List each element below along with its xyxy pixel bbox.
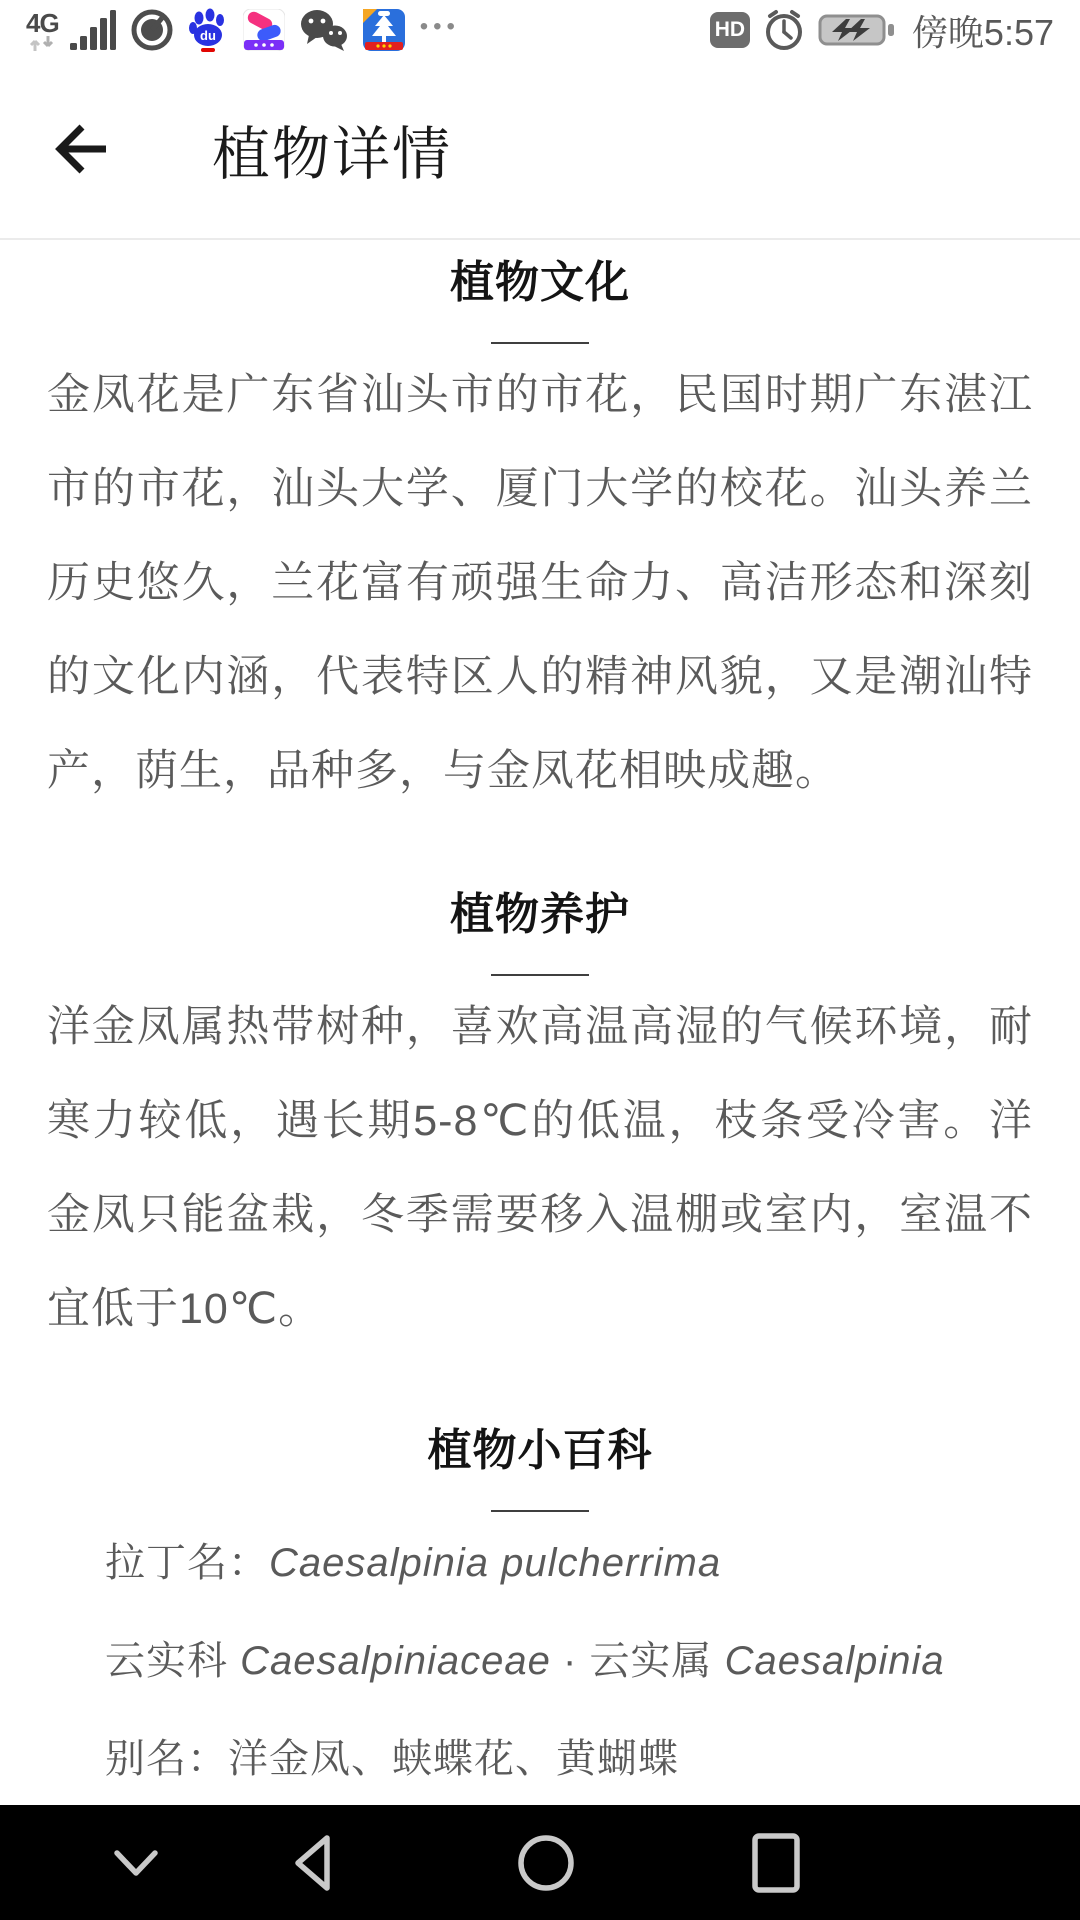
page-title: 植物详情	[212, 107, 452, 191]
network-type-label: 4G	[26, 10, 59, 36]
section-divider	[491, 342, 589, 344]
plant-detail-content[interactable]: 植物文化 金凤花是广东省汕头市的市花，民国时期广东湛江市的市花，汕头大学、厦门大…	[0, 242, 1080, 1808]
back-arrow-icon	[52, 121, 112, 177]
care-paragraph: 洋金凤属热带树种，喜欢高温高湿的气候环境，耐寒力较低，遇长期5-8℃的低温，枝条…	[47, 980, 1033, 1356]
svg-text:du: du	[200, 28, 216, 43]
wiki-line-family-genus: 云实科 Caesalpiniaceae · 云实属 Caesalpinia	[105, 1612, 1033, 1710]
status-time: 傍晚5:57	[912, 5, 1054, 56]
network-type: 4G	[26, 10, 59, 51]
genus-label: · 云实属	[551, 1639, 725, 1683]
section-heading-care: 植物养护	[0, 892, 1080, 938]
alarm-clock-icon	[762, 8, 806, 52]
family-latin: Caesalpiniaceae	[240, 1639, 551, 1683]
status-bar: 4G	[0, 0, 1080, 60]
nav-home-button[interactable]	[516, 1833, 576, 1893]
signal-bars-icon	[70, 10, 116, 50]
phone-screen: 4G	[0, 0, 1080, 1920]
hide-navbar-button[interactable]	[111, 1848, 161, 1878]
video-app-notification-icon	[243, 9, 285, 51]
wiki-line-latin-name: 拉丁名：Caesalpinia pulcherrima	[105, 1514, 1033, 1612]
wiki-line-aliases: 别名：洋金凤、蛱蝶花、黄蝴蝶	[105, 1710, 1033, 1808]
network-activity-icon	[29, 36, 55, 51]
baidu-notification-icon: du	[188, 8, 228, 52]
wechat-notification-icon	[300, 9, 348, 51]
wiki-label: 拉丁名：	[105, 1541, 269, 1585]
more-notifications-icon: •••	[420, 15, 460, 45]
alias-text: 别名：洋金凤、蛱蝶花、黄蝴蝶	[105, 1737, 679, 1781]
app-header: 植物详情	[0, 60, 1080, 240]
hd-badge: HD	[710, 12, 750, 48]
battery-charging-icon	[818, 11, 896, 49]
section-heading-wiki: 植物小百科	[0, 1428, 1080, 1474]
genus-latin: Caesalpinia	[725, 1639, 945, 1683]
home-circle-icon	[516, 1833, 576, 1893]
recents-square-icon	[750, 1832, 802, 1894]
family-label: 云实科	[105, 1639, 240, 1683]
chevron-down-icon	[111, 1848, 161, 1878]
hd-badge-label: HD	[715, 18, 745, 42]
wiki-list: 拉丁名：Caesalpinia pulcherrima 云实科 Caesalpi…	[105, 1514, 1033, 1808]
back-button[interactable]	[50, 117, 114, 181]
culture-paragraph: 金凤花是广东省汕头市的市花，民国时期广东湛江市的市花，汕头大学、厦门大学的校花。…	[47, 348, 1033, 818]
section-divider	[491, 1510, 589, 1512]
nav-back-button[interactable]	[289, 1832, 337, 1894]
festival-app-notification-icon	[363, 9, 405, 51]
section-divider	[491, 974, 589, 976]
section-heading-culture: 植物文化	[0, 260, 1080, 306]
latin-name: Caesalpinia pulcherrima	[269, 1541, 721, 1585]
system-navigation-bar	[0, 1805, 1080, 1920]
back-triangle-icon	[289, 1832, 337, 1894]
nav-recents-button[interactable]	[750, 1832, 802, 1894]
data-usage-timer-icon	[131, 9, 173, 51]
